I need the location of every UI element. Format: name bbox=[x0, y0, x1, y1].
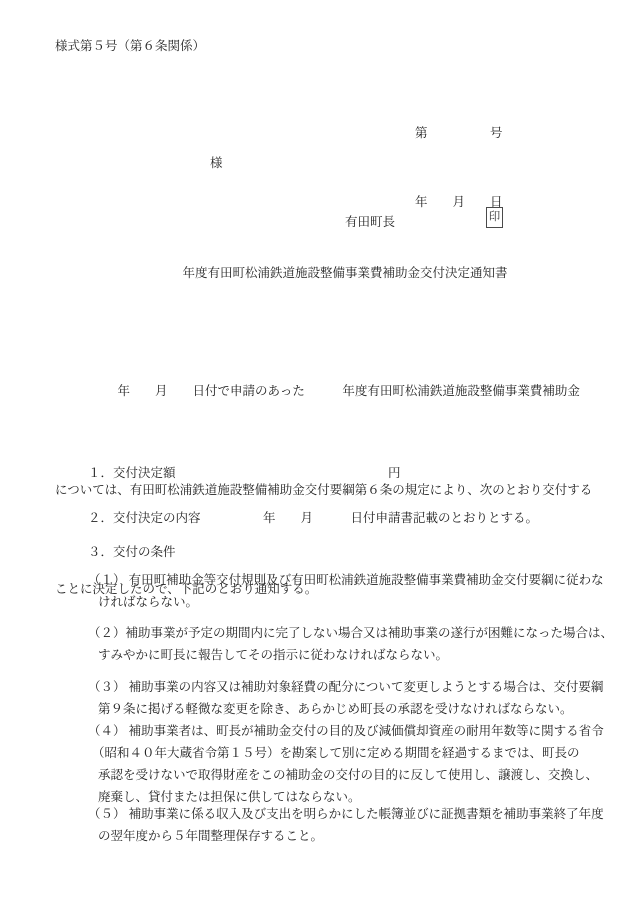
condition-line: （３） 補助事業の内容又は補助対象経費の配分について変更しようとする場合は、交付… bbox=[88, 676, 603, 698]
condition-line: 第９条に掲げる軽微な変更を除き、あらかじめ町長の承認を受けなければならない。 bbox=[98, 698, 603, 720]
condition-3: （３） 補助事業の内容又は補助対象経費の配分について変更しようとする場合は、交付… bbox=[88, 676, 603, 720]
seal-icon: 印 bbox=[489, 211, 501, 225]
condition-2: （２）補助事業が予定の期間内に完了しない場合又は補助事業の遂行が困難になった場合… bbox=[88, 622, 613, 666]
document-title: 年度有田町松浦鉄道施設整備事業費補助金交付決定通知書 bbox=[0, 266, 630, 281]
condition-line: （２）補助事業が予定の期間内に完了しない場合又は補助事業の遂行が困難になった場合… bbox=[88, 622, 613, 644]
condition-line: の翌年度から５年間整理保存すること。 bbox=[98, 825, 604, 847]
condition-line: 承認を受けないで取得財産をこの補助金の交付の目的に反して使用し、譲渡し、交換し、 bbox=[98, 764, 604, 786]
seal-placeholder: 印 bbox=[486, 207, 503, 228]
condition-line: すみやかに町長に報告してその指示に従わなければならない。 bbox=[98, 644, 613, 666]
condition-line: ければならない。 bbox=[98, 591, 604, 613]
doc-meta-block: 第 号 年 月 日 bbox=[415, 76, 503, 260]
item-grant-amount: １．交付決定額 円 bbox=[88, 466, 401, 481]
body-line: 年 月 日付で申請のあった 年度有田町松浦鉄道施設整備事業費補助金 bbox=[55, 375, 592, 408]
item-grant-details: ２．交付決定の内容 年 月 日付申請書記載のとおりとする。 bbox=[88, 511, 538, 526]
addressee-honorific: 様 bbox=[210, 156, 223, 171]
condition-4: （４） 補助事業者は、町長が補助金交付の目的及び減価償却資産の耐用年数等に関する… bbox=[88, 720, 604, 808]
issuer-name: 有田町長 bbox=[345, 215, 395, 230]
item-grant-conditions-heading: ３．交付の条件 bbox=[88, 545, 176, 560]
condition-line: （１） 有田町補助金等交付規則及び有田町松浦鉄道施設整備事業費補助金交付要綱に従… bbox=[88, 569, 604, 591]
form-number: 様式第５号（第６条関係） bbox=[55, 39, 205, 54]
body-paragraph: 年 月 日付で申請のあった 年度有田町松浦鉄道施設整備事業費補助金 については、… bbox=[55, 309, 592, 672]
condition-1: （１） 有田町補助金等交付規則及び有田町松浦鉄道施設整備事業費補助金交付要綱に従… bbox=[88, 569, 604, 613]
doc-number-blank: 第 号 bbox=[415, 122, 503, 145]
condition-5: （５） 補助事業に係る収入及び支出を明らかにした帳簿並びに証拠書類を補助事業終了… bbox=[88, 803, 604, 847]
condition-line: （昭和４０年大蔵省令第１５号）を勘案して別に定める期間を経過するまでは、町長の bbox=[92, 742, 604, 764]
condition-line: （４） 補助事業者は、町長が補助金交付の目的及び減価償却資産の耐用年数等に関する… bbox=[88, 720, 604, 742]
document-page: 様式第５号（第６条関係） 第 号 年 月 日 様 有田町長 印 年度有田町松浦鉄… bbox=[0, 0, 630, 915]
condition-line: （５） 補助事業に係る収入及び支出を明らかにした帳簿並びに証拠書類を補助事業終了… bbox=[88, 803, 604, 825]
